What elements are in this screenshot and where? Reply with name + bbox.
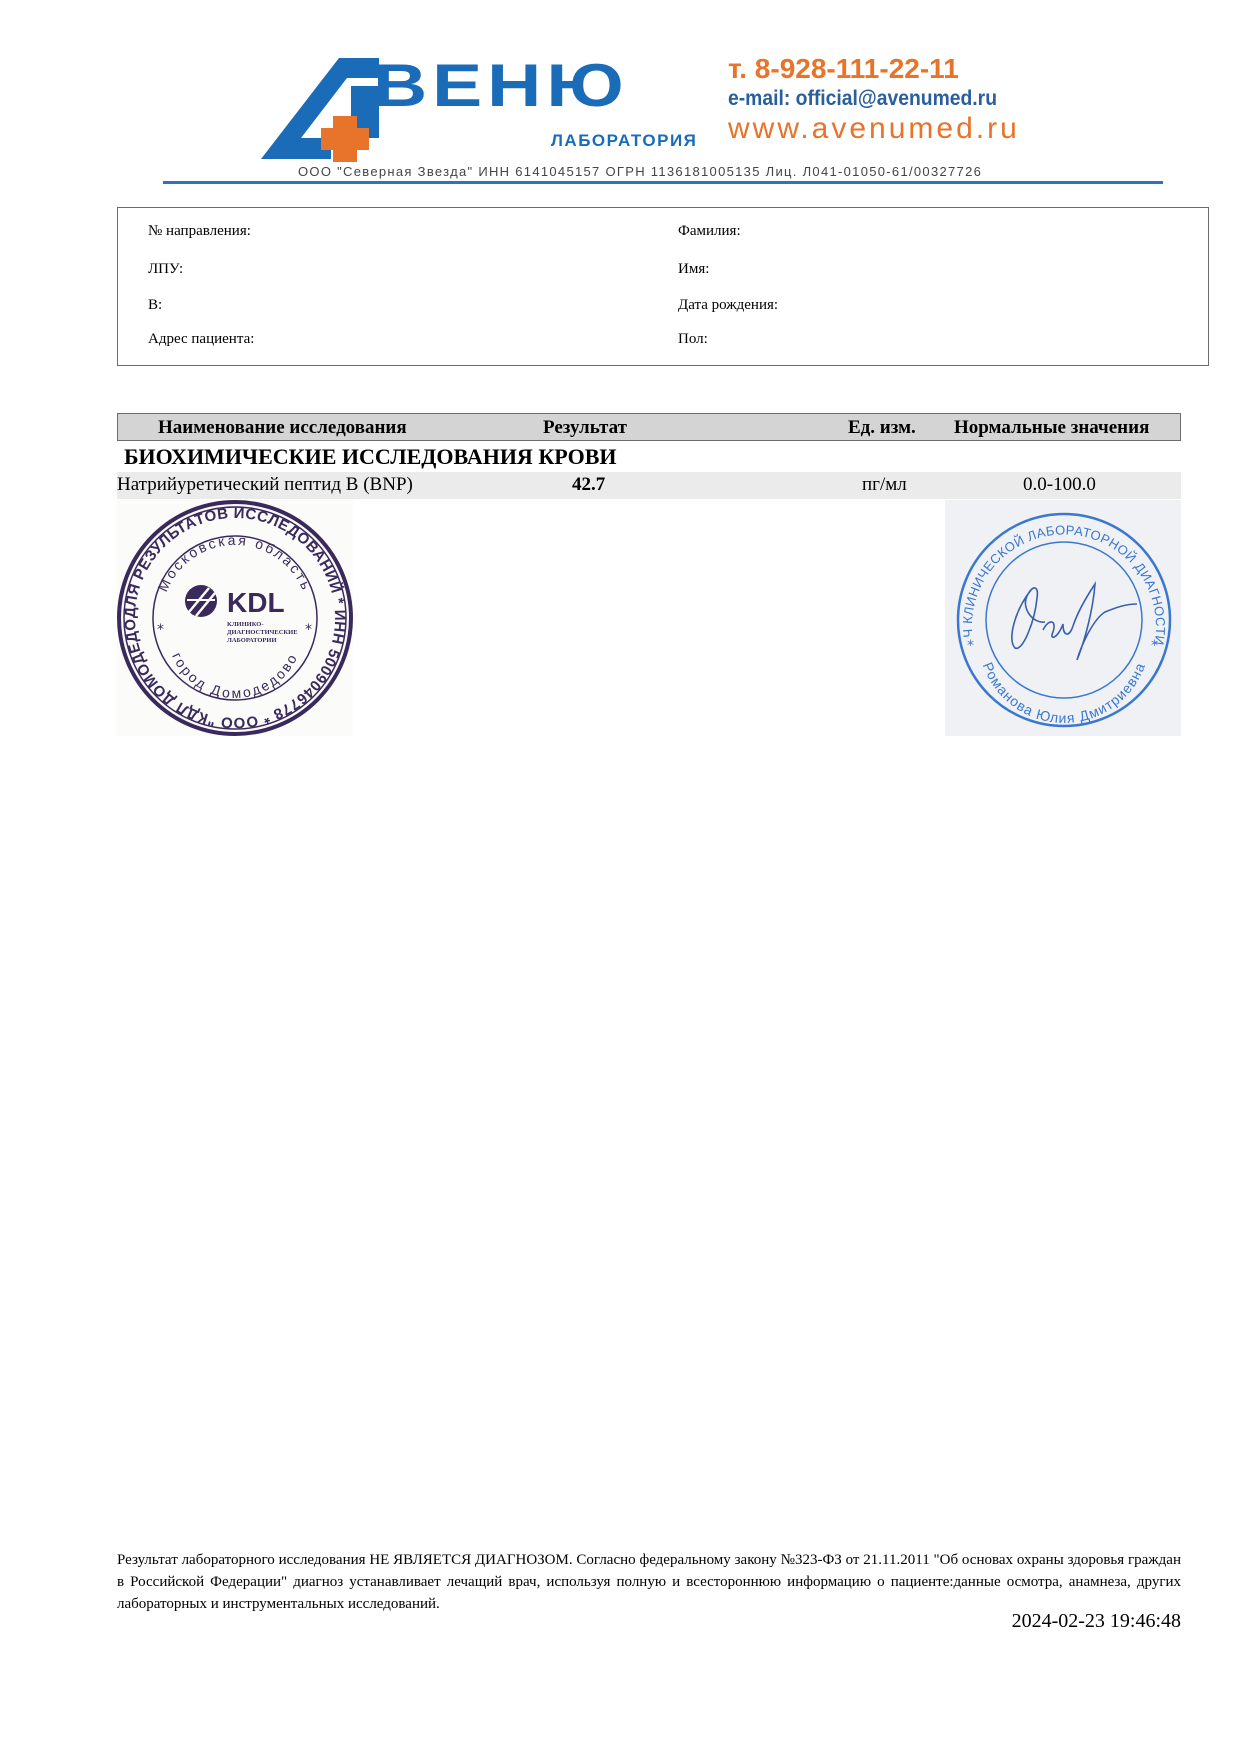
round-stamp-icon: ДЛЯ РЕЗУЛЬТАТОВ ИССЛЕДОВАНИЙ * ИНН 50090… — [117, 500, 353, 736]
header-divider — [163, 181, 1163, 184]
brand-subtitle: ЛАБОРАТОРИЯ — [551, 131, 697, 151]
age-field: В: — [148, 297, 168, 314]
field-label: ЛПУ: — [148, 261, 183, 277]
svg-text:город Домодедово: город Домодедово — [169, 650, 301, 701]
section-title: БИОХИМИЧЕСКИЕ ИССЛЕДОВАНИЯ КРОВИ — [124, 444, 616, 470]
first-name-field: Имя: — [678, 261, 715, 278]
svg-text:*: * — [157, 622, 164, 638]
test-normal-range: 0.0-100.0 — [1023, 474, 1096, 496]
svg-text:*: * — [1151, 638, 1158, 654]
kdl-logo-sub-line: ЛАБОРАТОРИИ — [227, 637, 277, 644]
surname-field: Фамилия: — [678, 223, 747, 240]
birth-date-field: Дата рождения: — [678, 297, 784, 314]
table-row: Натрийуретический пептид В (BNP) 42.7 пг… — [117, 472, 1181, 499]
kdl-lab-stamp: ДЛЯ РЕЗУЛЬТАТОВ ИССЛЕДОВАНИЙ * ИНН 50090… — [117, 500, 353, 736]
column-header-result: Результат — [543, 417, 627, 439]
field-label: Фамилия: — [678, 223, 741, 239]
column-header-normal-range: Нормальные значения — [954, 417, 1149, 439]
clinic-field: ЛПУ: — [148, 261, 189, 278]
legal-disclaimer: Результат лабораторного исследования НЕ … — [117, 1549, 1181, 1615]
test-unit: пг/мл — [862, 474, 907, 496]
letterhead: ВЕНЮ ЛАБОРАТОРИЯ т. 8-928-111-22-11 e-ma… — [163, 44, 1163, 184]
svg-text:Московская область: Московская область — [154, 532, 315, 594]
referral-number-field: № направления: — [148, 223, 257, 240]
contacts-block: т. 8-928-111-22-11 e-mail: official@aven… — [728, 54, 1068, 146]
svg-text:*: * — [967, 638, 974, 654]
sex-field: Пол: — [678, 331, 714, 348]
results-table-header: Наименование исследования Результат Ед. … — [117, 413, 1181, 441]
field-label: Дата рождения: — [678, 297, 778, 313]
column-header-test-name: Наименование исследования — [158, 417, 407, 439]
doctor-signature-stamp: ВРАЧ КЛИНИЧЕСКОЙ ЛАБОРАТОРНОЙ ДИАГНОСТИК… — [945, 500, 1181, 736]
field-label: Имя: — [678, 261, 709, 277]
patient-address-field: Адрес пациента: — [148, 331, 260, 348]
svg-text:ВРАЧ КЛИНИЧЕСКОЙ ЛАБОРАТОРНОЙ: ВРАЧ КЛИНИЧЕСКОЙ ЛАБОРАТОРНОЙ ДИАГНОСТИК… — [945, 500, 1168, 646]
stamp-bottom-text: Романова Юлия Дмитриевна — [980, 660, 1149, 726]
svg-text:Романова Юлия Дмитриевна: Романова Юлия Дмитриевна — [980, 660, 1149, 726]
report-timestamp: 2024-02-23 19:46:48 — [1012, 1610, 1181, 1633]
brand-name: ВЕНЮ — [373, 56, 629, 116]
kdl-logo-sub-line: КЛИНИКО- — [227, 621, 264, 628]
doctor-stamp-icon: ВРАЧ КЛИНИЧЕСКОЙ ЛАБОРАТОРНОЙ ДИАГНОСТИК… — [945, 500, 1181, 736]
stamp-inner-top-text: Московская область — [154, 532, 315, 594]
field-label: Пол: — [678, 331, 708, 347]
patient-info-box: № направления: ЛПУ: В: Адрес пациента: Ф… — [117, 207, 1209, 366]
phone-number: т. 8-928-111-22-11 — [728, 54, 1068, 84]
kdl-logo-sub-line: ДИАГНОСТИЧЕСКИЕ — [227, 629, 298, 636]
test-result: 42.7 — [572, 474, 605, 496]
field-label: Адрес пациента: — [148, 331, 254, 347]
kdl-logo-text: KDL — [227, 587, 285, 618]
company-requisites: ООО "Северная Звезда" ИНН 6141045157 ОГР… — [298, 164, 982, 179]
test-name: Натрийуретический пептид В (BNP) — [117, 474, 413, 496]
stamp-top-text: ВРАЧ КЛИНИЧЕСКОЙ ЛАБОРАТОРНОЙ ДИАГНОСТИК… — [945, 500, 1168, 646]
email-address: e-mail: official@avenumed.ru — [728, 86, 1041, 112]
logo-a-plus-icon — [261, 56, 391, 166]
column-header-unit: Ед. изм. — [848, 417, 916, 439]
website: www.avenumed.ru — [728, 112, 1068, 146]
field-label: № направления: — [148, 223, 251, 239]
svg-text:*: * — [305, 622, 312, 638]
signature-icon — [1012, 584, 1137, 660]
field-label: В: — [148, 297, 162, 313]
stamp-inner-bottom-text: город Домодедово — [169, 650, 301, 701]
